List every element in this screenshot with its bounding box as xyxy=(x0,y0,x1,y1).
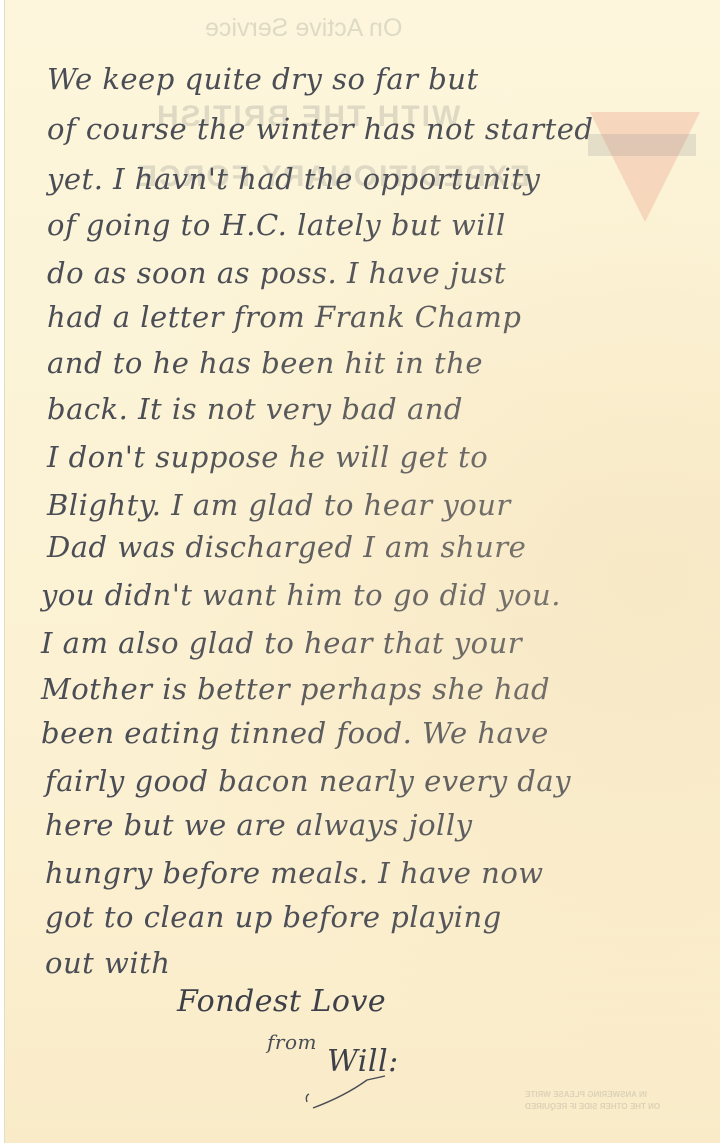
letter-line: I don't suppose he will get to xyxy=(47,440,488,474)
letter-line: out with xyxy=(45,946,170,980)
ymca-triangle-emblem-icon xyxy=(590,112,700,222)
letter-line: Dad was discharged I am shure xyxy=(47,530,526,564)
bleed-through-footer-line-1: IN ANSWERING PLEASE WRITE xyxy=(525,1090,647,1099)
letter-line: We keep quite dry so far but xyxy=(47,62,479,96)
letter-line: I am also glad to hear that your xyxy=(41,626,522,660)
letter-line: got to clean up before playing xyxy=(45,900,502,934)
letter-line: been eating tinned food. We have xyxy=(41,716,549,750)
letter-page: On Active Service WITH THE BRITISH EXPED… xyxy=(4,0,720,1143)
bleed-through-on-active-service: On Active Service xyxy=(205,14,402,43)
signature-flourish-icon xyxy=(305,1060,395,1110)
letter-line: Blighty. I am glad to hear your xyxy=(47,488,511,522)
letter-line: of going to H.C. lately but will xyxy=(47,208,506,242)
letter-line: yet. I havn't had the opportunity xyxy=(47,162,540,196)
ymca-emblem-band xyxy=(588,134,696,156)
letter-closing: Fondest Love xyxy=(177,984,386,1019)
letter-line: fairly good bacon nearly every day xyxy=(45,764,571,798)
letter-line: hungry before meals. I have now xyxy=(45,856,544,890)
letter-line: you didn't want him to go did you. xyxy=(41,578,561,612)
letter-line: back. It is not very bad and xyxy=(47,392,463,426)
letter-line: and to he has been hit in the xyxy=(47,346,483,380)
letter-line: here but we are always jolly xyxy=(45,808,472,842)
letter-line: Mother is better perhaps she had xyxy=(41,672,550,706)
letter-line: of course the winter has not started xyxy=(47,112,593,146)
letter-line: do as soon as poss. I have just xyxy=(47,256,506,290)
bleed-through-footer-line-2: ON THE OTHER SIDE IF REQUIRED xyxy=(525,1102,660,1111)
letter-from: from xyxy=(267,1030,317,1054)
letter-line: had a letter from Frank Champ xyxy=(47,300,521,334)
